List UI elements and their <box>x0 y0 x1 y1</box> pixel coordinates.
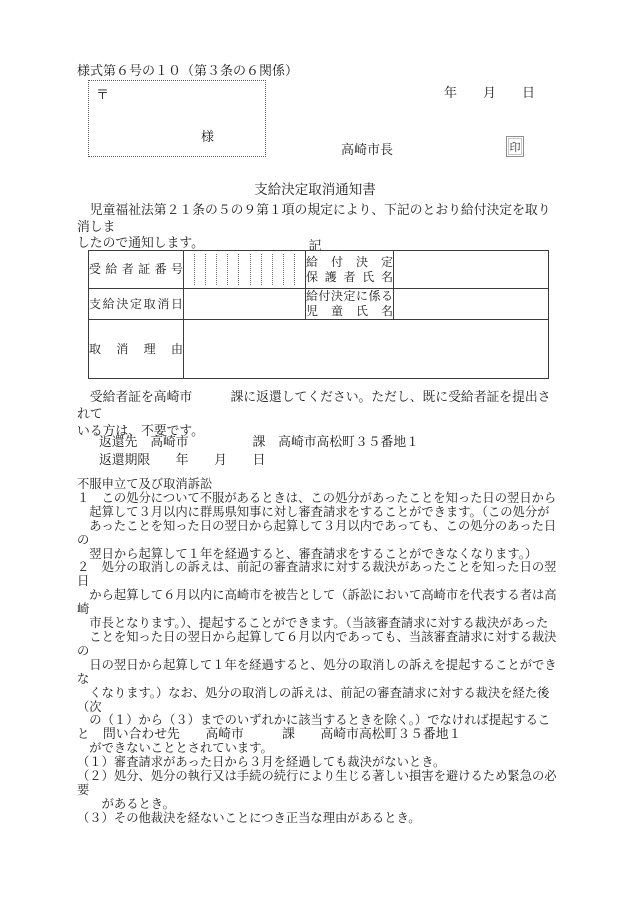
document-title: 支給決定取消通知書 <box>0 178 630 198</box>
cancellation-date-label: 支給決定取消日 <box>89 289 184 320</box>
cancellation-date-field <box>184 289 306 320</box>
date-line: 年 月 日 <box>444 82 535 101</box>
contact-line: 問い合わせ先 高崎市 課 高崎市高松町３５番地１ <box>103 723 461 742</box>
addressee-honorific: 様 <box>201 126 214 145</box>
appeals-heading: 不服申立て及び取消訴訟 <box>77 478 561 492</box>
child-name-field <box>394 289 549 320</box>
table-row: 支給決定取消日 給付決定に係る 児童氏名 <box>89 289 549 320</box>
seal-label: 印 <box>510 139 521 155</box>
appeals-subitem-2: （２）処分、処分の執行又は手続の続行により生じる著しい損害を避けるため緊急の必要… <box>77 770 561 812</box>
cancellation-reason-label: 取消理由 <box>89 320 184 379</box>
return-deadline-line: 返還期限 年 月 日 <box>99 449 265 468</box>
table-row: 取消理由 <box>89 320 549 379</box>
return-to-line: 返還先 高崎市 課 高崎市高松町３５番地１ <box>99 431 419 450</box>
appeals-section: 不服申立て及び取消訴訟 １ この処分について不服があるときは、この処分があったこ… <box>77 478 561 826</box>
child-name-label: 給付決定に係る 児童氏名 <box>306 289 394 320</box>
issuer-name: 高崎市長 <box>341 139 393 158</box>
document-page: 様式第６号の１０（第３条の６関係） 年 月 日 〒 様 高崎市長 印 支給決定取… <box>0 0 630 903</box>
recipient-cert-no-field <box>184 251 306 289</box>
addressee-box: 〒 様 <box>88 80 266 157</box>
appeals-item-1: １ この処分について不服があるときは、この処分があったことを知った日の翌日から … <box>77 492 561 562</box>
postal-mark: 〒 <box>96 84 109 103</box>
seal-box: 印 <box>506 136 524 157</box>
table-row: 受給者証番号 給付決定 保護者氏名 <box>89 251 549 289</box>
appeals-subitem-3: （３）その他裁決を経ないことにつき正当な理由があるとき。 <box>77 812 561 826</box>
digit-slots <box>184 254 305 285</box>
recipient-cert-no-label: 受給者証番号 <box>89 251 184 289</box>
guardian-name-field <box>394 251 549 289</box>
form-number: 様式第６号の１０（第３条の６関係） <box>77 60 298 79</box>
appeals-subitem-1: （１）審査請求があった日から３月を経過しても裁決がないとき。 <box>77 756 561 770</box>
notice-table: 受給者証番号 給付決定 保護者氏名 支給決定取消日 給付決定に係る 児童氏名 取… <box>88 250 549 379</box>
cancellation-reason-field <box>184 320 549 379</box>
guardian-name-label: 給付決定 保護者氏名 <box>306 251 394 289</box>
